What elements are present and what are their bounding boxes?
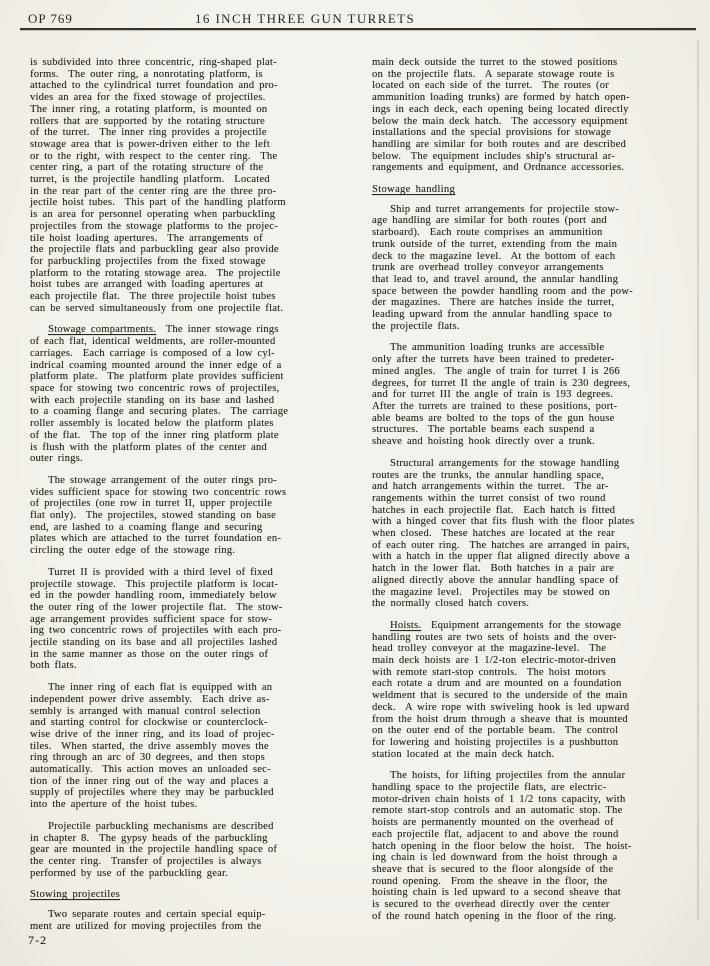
paragraph-outer-rings: The stowage arrangement of the outer rin… — [30, 475, 354, 557]
paragraph-text: The inner stowage rings of each flat, id… — [30, 324, 288, 464]
section-heading-stowing-projectiles: Stowing projectiles — [30, 889, 354, 901]
left-column: is subdivided into three concentric, rin… — [30, 57, 354, 943]
paragraph-two-routes: Two separate routes and certain special … — [30, 909, 354, 932]
paragraph-structural-arrangements: Structural arrangements for the stowage … — [372, 458, 702, 610]
document-page: OP 769 16 INCH THREE GUN TURRETS is subd… — [0, 0, 710, 966]
op-number: OP 769 — [28, 11, 73, 27]
page-number: 7-2 — [28, 933, 47, 948]
run-in-heading-hoists: Hoists. — [390, 620, 421, 631]
page-title: 16 INCH THREE GUN TURRETS — [195, 11, 415, 27]
paragraph-ship-turret-arrangements: Ship and turret arrangements for project… — [372, 204, 702, 333]
run-in-heading-stowage-compartments: Stowage compartments. — [48, 324, 156, 335]
paragraph-turret-2-third-level: Turret II is provided with a third level… — [30, 567, 354, 672]
paragraph-chain-hoists: The hoists, for lifting projectiles from… — [372, 770, 702, 922]
paragraph-stowage-compartments: Stowage compartments. The inner stowage … — [30, 324, 354, 464]
paragraph-parbuckling: Projectile parbuckling mechanisms are de… — [30, 821, 354, 880]
paragraph-power-drive: The inner ring of each flat is equipped … — [30, 682, 354, 811]
paragraph-hoists: Hoists. Equipment arrangements for the s… — [372, 620, 702, 760]
paragraph-ammunition-trunks: The ammunition loading trunks are access… — [372, 342, 702, 447]
right-column: main deck outside the turret to the stow… — [372, 57, 702, 933]
section-heading-stowage-handling: Stowage handling — [372, 184, 702, 196]
paragraph-stowed-positions: main deck outside the turret to the stow… — [372, 57, 702, 174]
paragraph-ring-platforms: is subdivided into three concentric, rin… — [30, 57, 354, 314]
header-rule — [20, 28, 696, 30]
paragraph-text: Equipment arrangements for the stowage h… — [372, 620, 629, 760]
